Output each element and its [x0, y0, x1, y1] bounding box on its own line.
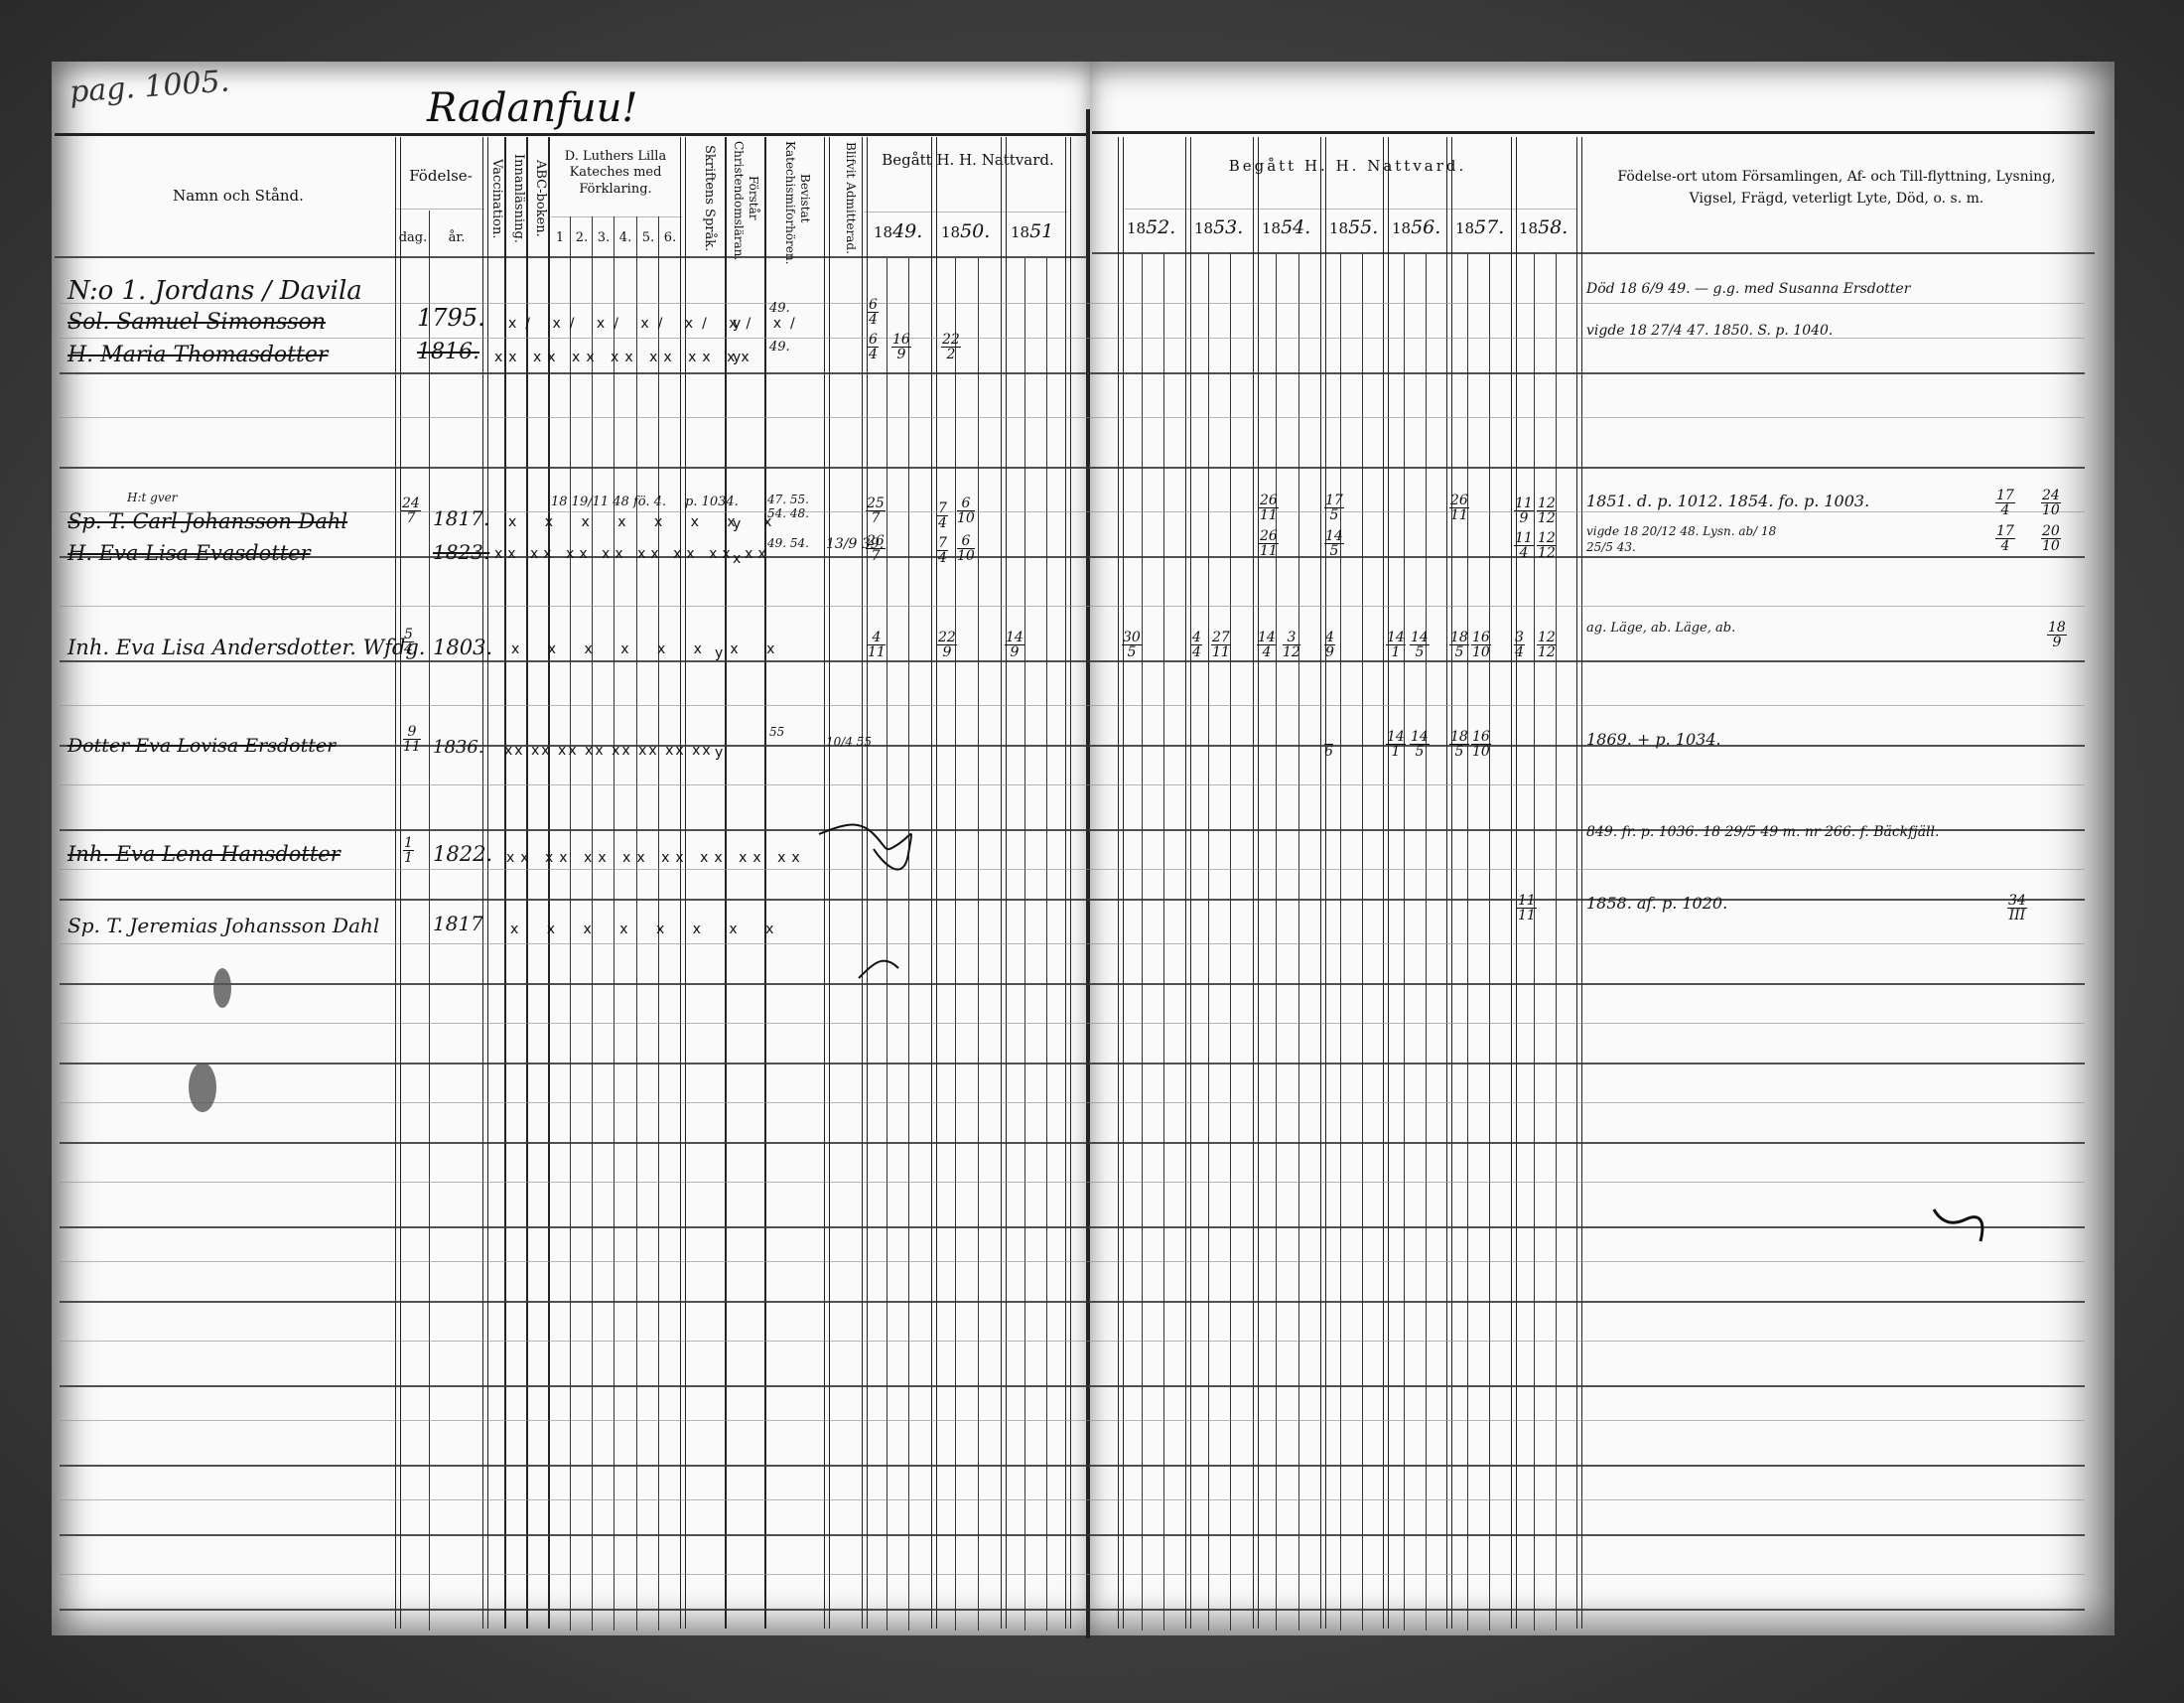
scribble-mark	[854, 953, 913, 983]
entry-name-3: Sp. T. Carl Johansson Dahl	[68, 509, 347, 533]
col-rule-left-end	[1065, 137, 1071, 1629]
year-1854: 1854.	[1262, 216, 1310, 238]
entry-bevistat-4: 49. 54.	[767, 536, 809, 550]
col-rule-1853b	[1230, 253, 1231, 1631]
entry-note-5: ag. Läge, ab. Läge, ab.	[1586, 621, 1735, 636]
header-blifvit-admitterad: Blifvit Admitterad.	[830, 141, 858, 255]
col-rule-1857	[1446, 137, 1452, 1629]
header-nattvard-right: Begått H. H. Nattvard.	[1122, 157, 1573, 176]
col-rule-1857b	[1489, 253, 1490, 1631]
col-rule-1855b	[1362, 253, 1363, 1631]
col-rule-1850	[931, 137, 937, 1629]
entry-superscript-3: H:t gver	[127, 491, 177, 504]
col-rule-1856a	[1404, 253, 1405, 1631]
col-rule-1857a	[1467, 253, 1468, 1631]
entry-marks-8: x x x x x x x x	[510, 922, 785, 937]
header-name-and-status: Namn och Stånd.	[139, 187, 338, 206]
entry-admit-6: 10/4 55	[826, 735, 872, 749]
entry-born-day-7: 11	[403, 836, 414, 865]
entry-born-year-4: 1823.	[433, 540, 489, 564]
col-rule-1851b	[1046, 258, 1047, 1631]
ink-blot	[189, 1063, 216, 1112]
scribble-mark	[1926, 1202, 1995, 1251]
col-rule-day	[429, 211, 430, 1631]
entry-born-day-3: 247	[401, 497, 421, 525]
entry-born-year-1: 1795.	[417, 304, 485, 332]
year-1858: 1858.	[1519, 216, 1568, 238]
nattvard-subheader-rule-left	[864, 212, 1067, 213]
col-rule-1858b	[1556, 253, 1557, 1631]
entry-name-4: H. Eva Lisa Evasdotter	[68, 541, 311, 565]
entry-skrift-3: p. 1034.	[685, 495, 739, 509]
entry-marks-7: xx xx xx xx xx xx xx xx	[506, 850, 806, 866]
entry-note-3: 1851. d. p. 1012. 1854. fo. p. 1003.	[1586, 492, 1869, 510]
col-rule-1854	[1253, 137, 1259, 1629]
entry-bevistat-3: 47. 55. 54. 48.	[767, 493, 823, 520]
header-bottom-rule-right	[1092, 252, 2095, 254]
col-rule-notes	[1576, 137, 1582, 1629]
col-rule-birth	[395, 137, 401, 1629]
header-birth-year: år.	[431, 230, 482, 246]
entry-name-1: Sol. Samuel Simonsson	[68, 310, 326, 335]
header-notes-line2: Vigsel, Frägd, veterligt Lyte, Död, o. s…	[1588, 191, 2085, 209]
col-rule-1855a	[1340, 253, 1341, 1631]
entry-marks-6: xx xx xx xx xx xx xx xx	[504, 743, 713, 759]
entry-bevistat-1: 49.	[769, 301, 790, 316]
year-1849: 1849.	[874, 220, 922, 242]
col-rule-vacc	[482, 137, 488, 1629]
nattvard-subheader-rule-right	[1125, 209, 1576, 210]
col-rule-1858a	[1534, 253, 1535, 1631]
entry-born-day-6: 911	[403, 725, 421, 754]
entry-born-day-5: 54	[403, 628, 414, 656]
birth-subheader-rule	[395, 209, 484, 210]
entry-born-year-8: 1817	[433, 912, 483, 935]
col-rule-1849b	[908, 258, 909, 1631]
entry-note-7: 849. fr. p. 1036. 18 29/5 49 m. nr 266. …	[1586, 824, 1939, 840]
entry-name-2: H. Maria Thomasdotter	[68, 343, 328, 367]
entry-luther-extra-3: 18 19/11 48 fö. 4.	[551, 495, 666, 509]
entry-born-year-5: 1803.	[433, 636, 492, 659]
col-rule-1851	[1001, 137, 1007, 1629]
year-1852: 1852.	[1127, 216, 1175, 238]
ink-blot	[213, 968, 231, 1008]
col-rule-1852	[1118, 137, 1124, 1629]
year-1850: 1850.	[941, 220, 990, 242]
col-rule-1854a	[1276, 253, 1277, 1631]
entry-note-2: vigde 18 27/4 47. 1850. S. p. 1040.	[1586, 323, 1833, 339]
header-bevistat-katechismiforhoren: Bevistat Katechismiforhören.	[772, 141, 812, 255]
col-rule-1856	[1383, 137, 1389, 1629]
col-rule-1854b	[1298, 253, 1299, 1631]
col-rule-1853	[1185, 137, 1191, 1629]
entry-bevistat-6: 55	[769, 725, 784, 739]
header-vaccination: Vaccination.	[484, 144, 504, 253]
entry-name-8: Sp. T. Jeremias Johansson Dahl	[68, 914, 379, 937]
header-abc-boken: ABC-boken.	[528, 144, 548, 253]
header-notes-line1: Födelse-ort utom Församlingen, Af- och T…	[1588, 169, 2085, 187]
entry-marks-5: x x x x x x x x	[511, 641, 786, 657]
entry-note-6: 1869. + p. 1034.	[1586, 730, 1721, 749]
header-forstar-christendomslaran: Förstår Christendomsläran.	[729, 141, 760, 255]
header-nattvard-left: Begått H. H. Nattvard.	[869, 151, 1067, 170]
header-innanlasning: Innanläsning.	[506, 144, 526, 253]
top-border-right	[1092, 131, 2095, 134]
entry-born-year-2: 1816.	[417, 340, 479, 364]
col-rule-1850a	[955, 258, 956, 1631]
col-rule-1853a	[1208, 253, 1209, 1631]
page-gutter	[1086, 109, 1090, 1638]
entry-born-year-3: 1817.	[433, 506, 489, 530]
entry-note-1: Död 18 6/9 49. — g.g. med Susanna Ersdot…	[1586, 281, 1910, 297]
col-rule-1851a	[1024, 258, 1025, 1631]
col-rule-1849a	[887, 258, 887, 1631]
col-rule-bevistat	[764, 137, 766, 1629]
place-name-title: Radanfuu!	[427, 85, 638, 131]
col-rule-1852b	[1163, 253, 1164, 1631]
entry-name-7: Inh. Eva Lena Hansdotter	[68, 842, 341, 866]
entry-name-5: Inh. Eva Lisa Andersdotter. Wfdg.	[68, 636, 426, 659]
entry-marks-1: x/ x/ x/ x/ x/ x/ x/	[508, 316, 804, 332]
year-1856: 1856.	[1392, 216, 1440, 238]
year-1853: 1853.	[1194, 216, 1243, 238]
scribble-mark	[814, 814, 923, 884]
col-rule-1852a	[1142, 253, 1143, 1631]
header-skriftens-sprak: Skriftens Språk.	[695, 141, 717, 255]
entry-note-8: 1858. af. p. 1020.	[1586, 894, 1727, 913]
header-birth-day: dag.	[397, 230, 429, 246]
header-birth: Födelse-	[397, 167, 484, 186]
col-rule-1855	[1320, 137, 1326, 1629]
entry-household-title: N:o 1. Jordans / Davila	[68, 276, 362, 306]
entry-marks-2: xx xx xx xx xx xx xx	[494, 350, 755, 365]
col-rule-1858	[1511, 137, 1517, 1629]
year-1855: 1855.	[1329, 216, 1378, 238]
col-rule-1856b	[1426, 253, 1427, 1631]
entry-name-6: Dotter Eva Lovisa Ersdotter	[68, 735, 336, 757]
entry-born-year-7: 1822.	[433, 842, 492, 866]
entry-bevistat-2: 49.	[769, 340, 790, 355]
header-luther-catechism: D. Luthers Lilla Kateches med Förklaring…	[552, 149, 679, 198]
year-1857: 1857.	[1455, 216, 1504, 238]
entry-note-4: vigde 18 20/12 48. Lysn. ab/ 18 25/5 43.	[1586, 524, 1785, 555]
top-border-left	[55, 133, 1087, 136]
year-1851: 1851	[1011, 220, 1053, 242]
entry-marks-3: x x x x x x x x	[508, 514, 783, 530]
entry-marks-4: xx xx xx xx xx xx xx xx	[494, 546, 771, 562]
entry-born-year-6: 1836.	[433, 737, 484, 758]
right-page	[1090, 62, 2115, 1635]
col-rule-1850b	[978, 258, 979, 1631]
